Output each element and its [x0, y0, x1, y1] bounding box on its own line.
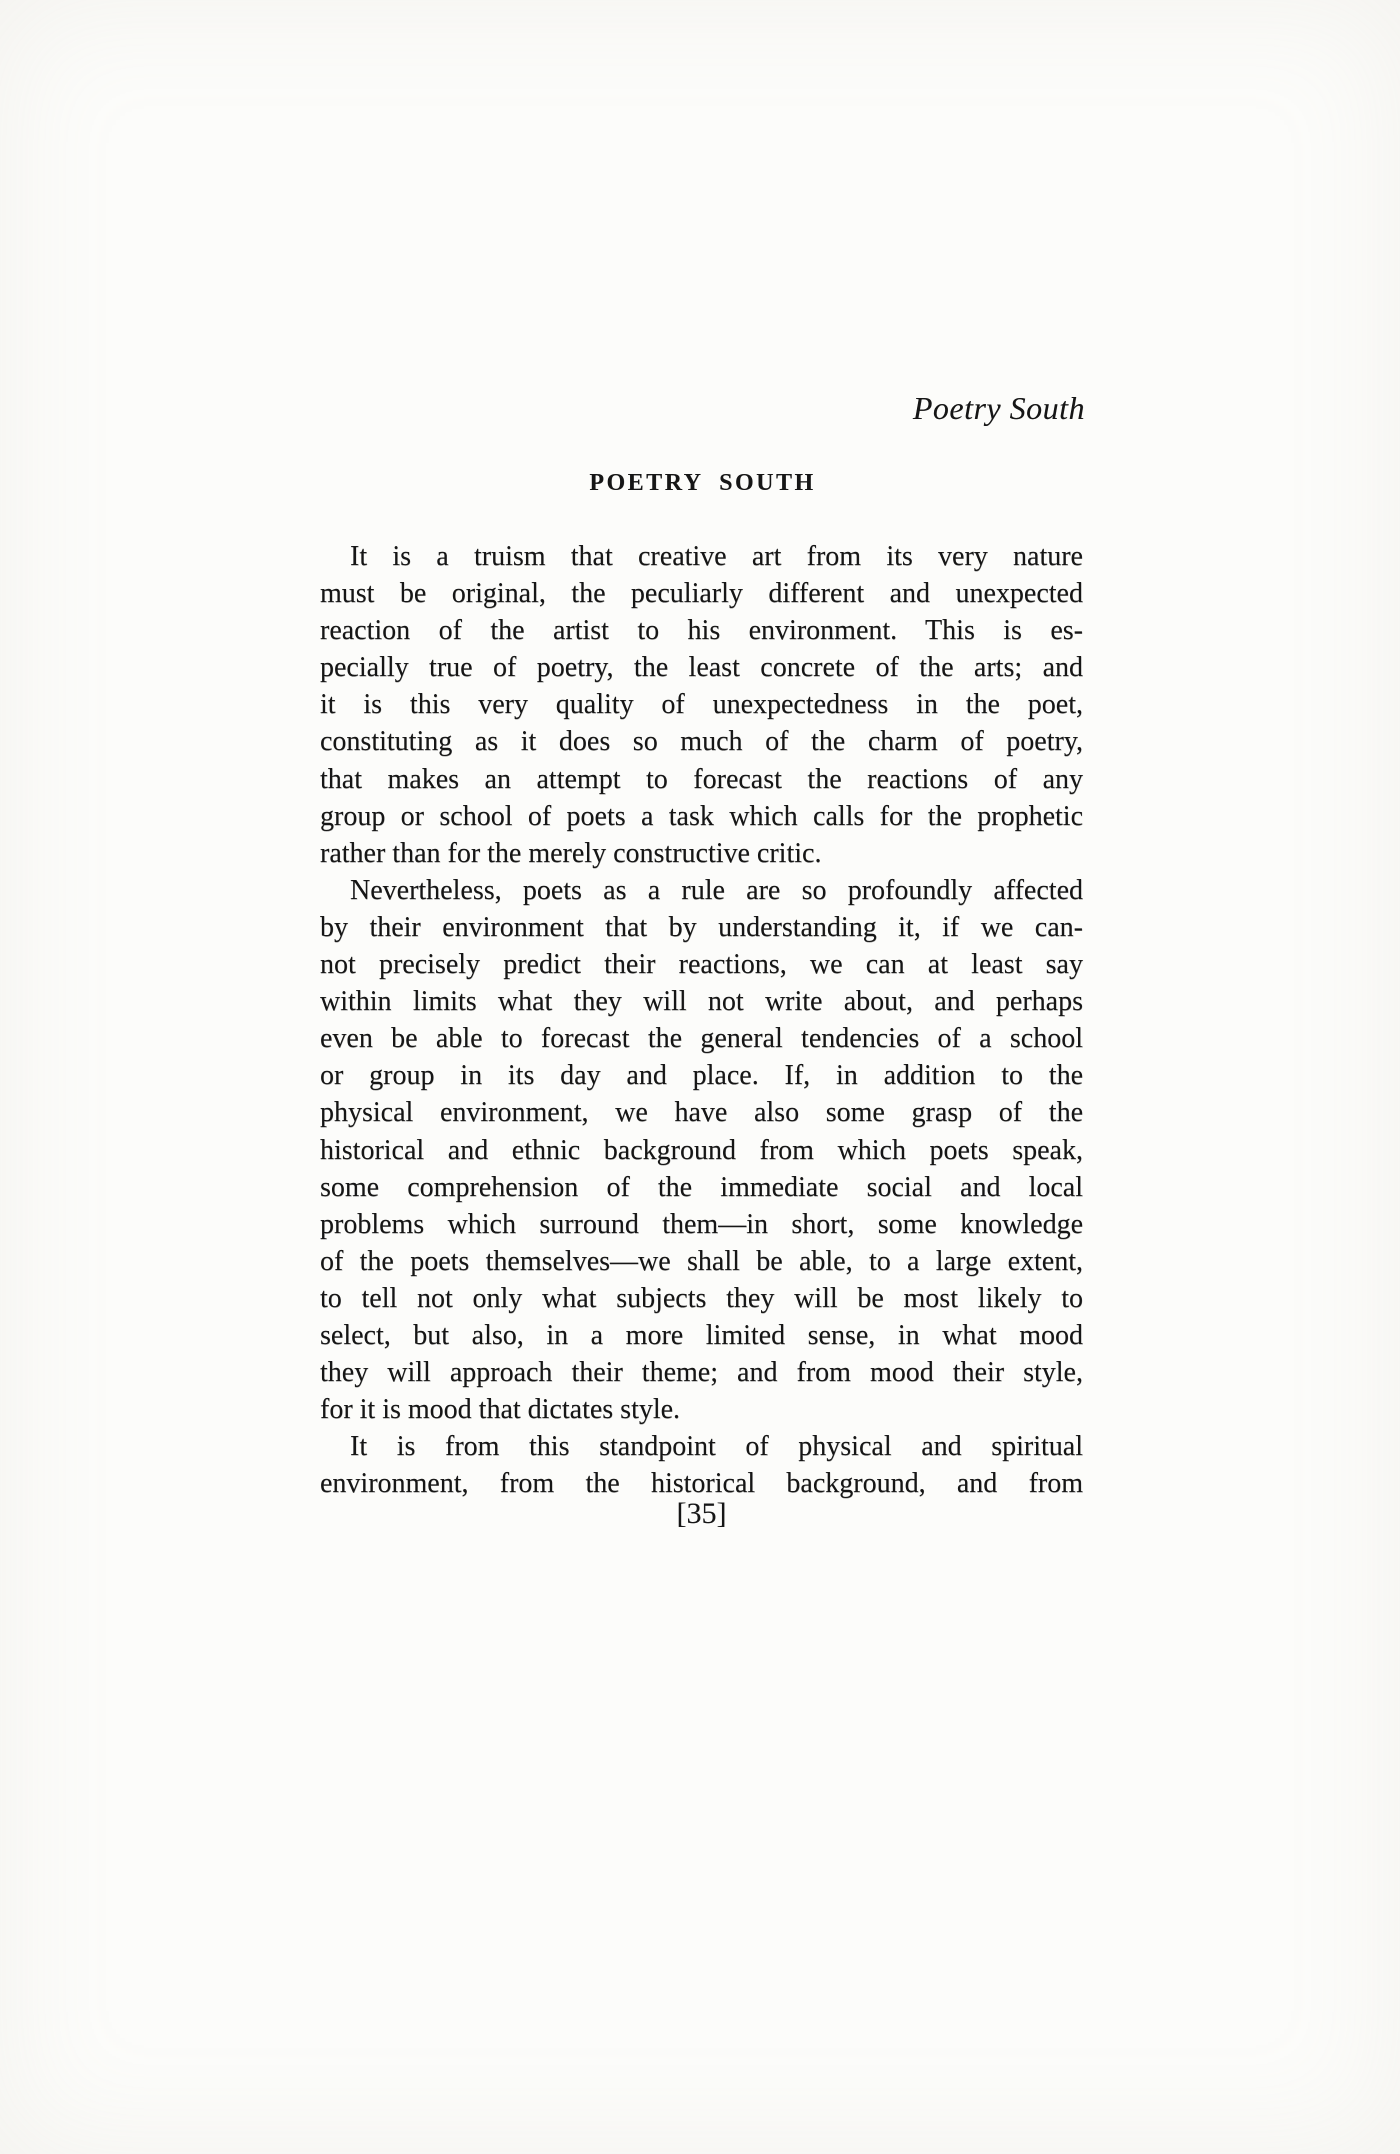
running-head: Poetry South [320, 390, 1085, 426]
text-line: within limits what they will not write a… [320, 983, 1083, 1020]
text-line: they will approach their theme; and from… [320, 1354, 1083, 1391]
text-line: It is a truism that creative art from it… [320, 538, 1083, 575]
text-line: rather than for the merely constructive … [320, 835, 1083, 872]
text-line: constituting as it does so much of the c… [320, 723, 1083, 760]
paragraph: Nevertheless, poets as a rule are so pro… [320, 872, 1083, 1428]
text-line: historical and ethnic background from wh… [320, 1132, 1083, 1169]
text-line: that makes an attempt to forecast the re… [320, 761, 1083, 798]
text-line: it is this very quality of unexpectednes… [320, 686, 1083, 723]
text-block: It is a truism that creative art from it… [320, 538, 1083, 1502]
text-line: It is from this standpoint of physical a… [320, 1428, 1083, 1465]
text-line: not precisely predict their reactions, w… [320, 946, 1083, 983]
text-line: Nevertheless, poets as a rule are so pro… [320, 872, 1083, 909]
text-line: or group in its day and place. If, in ad… [320, 1057, 1083, 1094]
text-line: select, but also, in a more limited sens… [320, 1317, 1083, 1354]
text-line: reaction of the artist to his environmen… [320, 612, 1083, 649]
chapter-title: POETRY SOUTH [320, 468, 1085, 498]
book-page: Poetry South POETRY SOUTH It is a truism… [0, 0, 1400, 2154]
text-line: of the poets themselves—we shall be able… [320, 1243, 1083, 1280]
text-line: even be able to forecast the general ten… [320, 1020, 1083, 1057]
text-line: group or school of poets a task which ca… [320, 798, 1083, 835]
text-line: for it is mood that dictates style. [320, 1391, 1083, 1428]
text-line: by their environment that by understandi… [320, 909, 1083, 946]
text-line: some comprehension of the immediate soci… [320, 1169, 1083, 1206]
text-line: to tell not only what subjects they will… [320, 1280, 1083, 1317]
text-line: must be original, the peculiarly differe… [320, 575, 1083, 612]
paragraph: It is from this standpoint of physical a… [320, 1428, 1083, 1502]
text-line: physical environment, we have also some … [320, 1094, 1083, 1131]
text-line: problems which surround them—in short, s… [320, 1206, 1083, 1243]
page-number: [35] [320, 1494, 1083, 1534]
text-line: pecially true of poetry, the least concr… [320, 649, 1083, 686]
paragraph: It is a truism that creative art from it… [320, 538, 1083, 872]
